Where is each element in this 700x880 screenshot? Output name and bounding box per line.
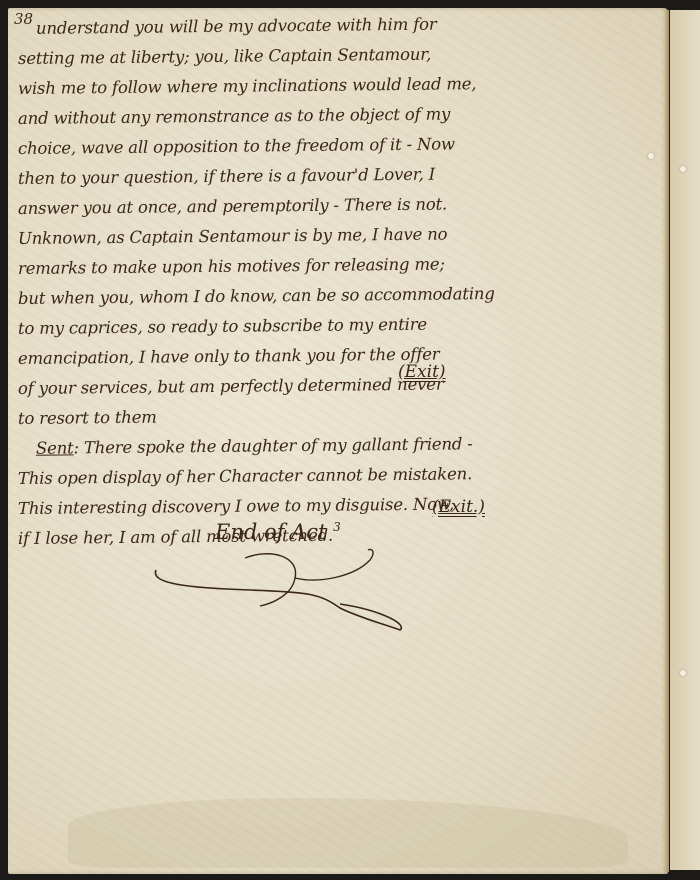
stage-direction-exit: (Exit): [398, 362, 446, 382]
manuscript-text: understand you will be my advocate with …: [18, 14, 618, 554]
page-hole: [680, 166, 686, 172]
page-hole: [680, 670, 686, 676]
stage-direction-exit: (Exit.): [432, 497, 485, 517]
speaker-name: Sent: [36, 438, 74, 457]
speech-text: : There spoke the daughter of my gallant…: [73, 434, 472, 457]
water-stain: [68, 798, 628, 868]
manuscript-scan: 38 understand you will be my advocate wi…: [0, 0, 700, 880]
page-gutter-edge: [665, 10, 669, 872]
act-number: 3: [333, 520, 341, 534]
facing-page-edge: [670, 10, 700, 870]
page-hole: [648, 153, 654, 159]
decorative-flourish: [150, 548, 430, 638]
act-end-heading: End of Act 3: [215, 520, 341, 544]
